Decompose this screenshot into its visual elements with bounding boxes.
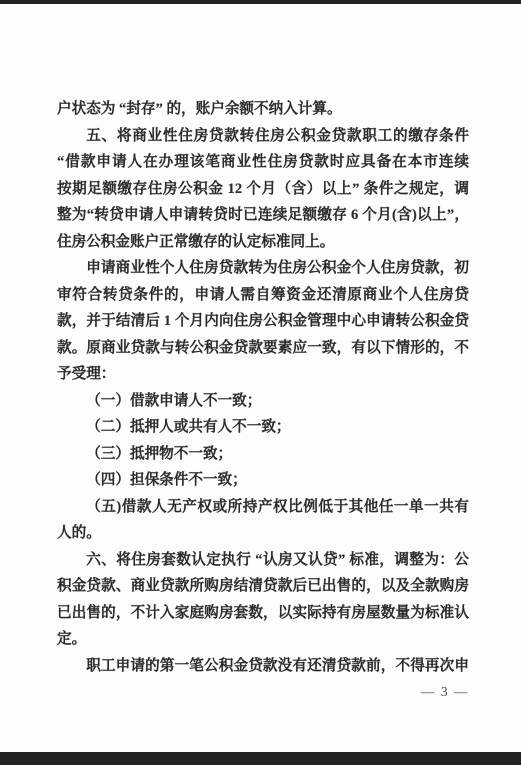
doc-line: 予受理： [57,361,469,388]
page-number: — 3 — [57,684,469,700]
doc-line: 住房公积金账户正常缴存的认定标准同上。 [57,229,469,256]
doc-line: 六、将住房套数认定执行 “认房又认贷” 标准，调整为：公 [57,547,469,574]
doc-line: 款，并于结清后 1 个月内向住房公积金管理中心申请转公积金贷 [57,308,469,335]
doc-line: 款。原商业贷款与转公积金贷款要素应一致，有以下情形的，不 [57,335,469,362]
doc-line: 审符合转贷条件的，申请人需自筹资金还清原商业个人住房贷 [57,282,469,309]
doc-line: （一）借款申请人不一致； [57,388,469,415]
doc-line: 整为“转贷申请人申请转贷时已连续足额缴存 6 个月(含)以上”， [57,202,469,229]
doc-line: （二）抵押人或共有人不一致； [57,414,469,441]
scan-border-bottom [0,752,521,765]
doc-line: 定。 [57,626,469,653]
doc-line: （五)借款人无产权或所持产权比例低于其他任一单一共有 [57,494,469,521]
doc-line: （四）担保条件不一致； [57,467,469,494]
doc-line: 申请商业性个人住房贷款转为住房公积金个人住房贷款，初 [57,255,469,282]
doc-line: 已出售的，不计入家庭购房套数，以实际持有房屋数量为标准认 [57,600,469,627]
doc-line: “借款申请人在办理该笔商业性住房贷款时应具备在本市连续 [57,149,469,176]
doc-line: （三）抵押物不一致； [57,441,469,468]
doc-line: 积金贷款、商业贷款所购房结清贷款后已出售的，以及全款购房 [57,573,469,600]
body-text: 户状态为 “封存” 的，账户余额不纳入计算。 五、将商业性住房贷款转住房公积金贷… [57,96,469,679]
doc-line: 职工申请的第一笔公积金贷款没有还清贷款前，不得再次申 [57,653,469,680]
doc-line: 五、将商业性住房贷款转住房公积金贷款职工的缴存条件 [57,123,469,150]
document-page: { "document": { "body_lines": [ "户状态为 “封… [0,0,521,765]
doc-line: 人的。 [57,520,469,547]
doc-line: 户状态为 “封存” 的，账户余额不纳入计算。 [57,96,469,123]
scan-border-top [0,0,521,4]
doc-line: 按期足额缴存住房公积金 12 个月（含）以上” 条件之规定，调 [57,176,469,203]
